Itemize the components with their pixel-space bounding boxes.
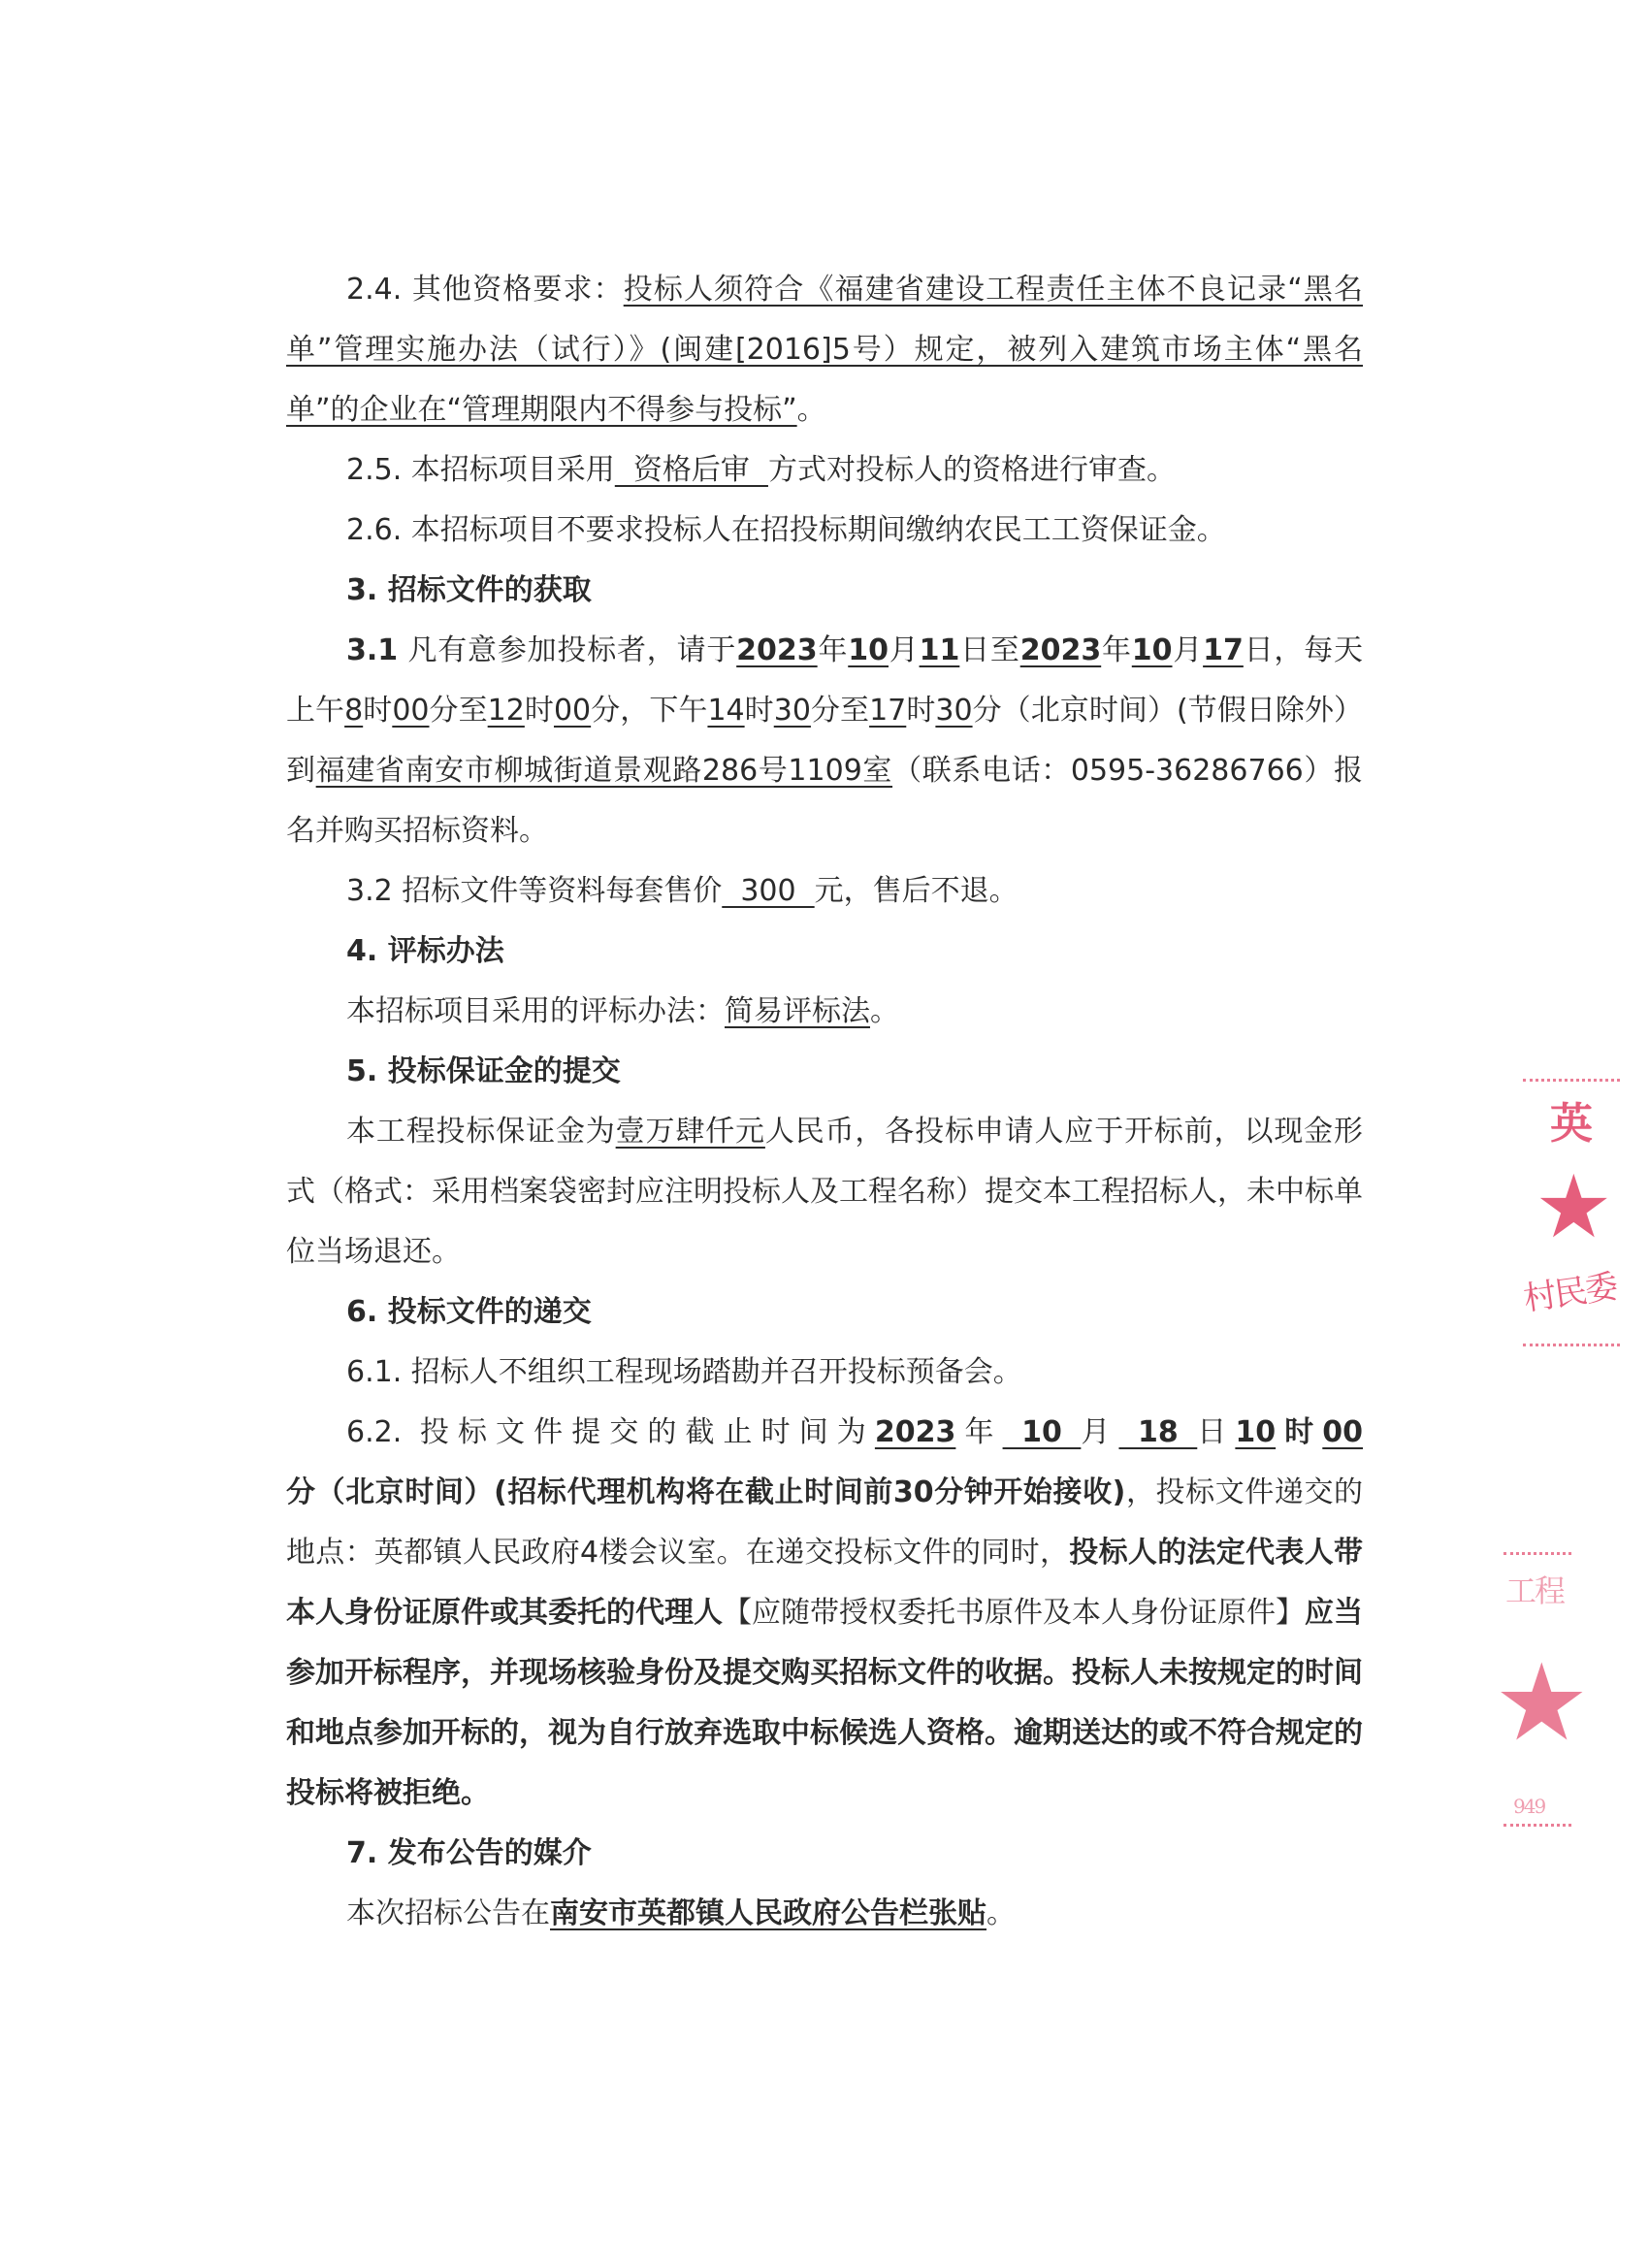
clause-text: 日 (1197, 1415, 1235, 1449)
section-6-1: 6.1. 招标人不组织工程现场踏勘并召开投标预备会。 (286, 1343, 1363, 1403)
end-month: 10 (1132, 633, 1173, 667)
section-2-6: 2.6. 本招标项目不要求投标人在招投标期间缴纳农民工工资保证金。 (286, 501, 1363, 561)
seal-border (1503, 1552, 1571, 1559)
section-6-2: 6.2. 投标文件提交的截止时间为2023年 10 月 18 日10时00分（北… (286, 1403, 1363, 1824)
clause-text: 本工程投标保证金为 (346, 1115, 616, 1149)
clause-text: 本次招标公告在 (346, 1896, 550, 1930)
clause-number: 6.1. (346, 1355, 402, 1389)
official-seal-2: 工程 ★ 949 (1494, 1533, 1600, 1843)
clause-text: 年 (955, 1415, 1002, 1449)
pm-start-hour: 14 (707, 694, 744, 728)
heading-7: 7. 发布公告的媒介 (286, 1824, 1363, 1884)
pm-start-minute: 30 (774, 694, 811, 728)
clause-text: 本招标项目不要求投标人在招投标期间缴纳农民工工资保证金。 (411, 513, 1226, 547)
clause-text: 分（北京时间） (286, 1475, 494, 1509)
clause-text: 时 (745, 694, 774, 728)
heading-4: 4. 评标办法 (286, 922, 1363, 982)
deadline-year: 2023 (875, 1415, 956, 1449)
pm-end-minute: 30 (935, 694, 972, 728)
qualification-review-method: 资格后审 (615, 453, 768, 487)
clause-text: 招标人不组织工程现场踏勘并召开投标预备会。 (411, 1355, 1022, 1389)
star-icon: ★ (1535, 1164, 1613, 1251)
clause-text: 元，售后不退。 (815, 874, 1018, 908)
bid-bond-amount: 壹万肆仟元 (616, 1115, 765, 1149)
clause-text: 月 (1081, 1415, 1118, 1449)
publication-place: 南安市英都镇人民政府公告栏张贴 (550, 1896, 986, 1930)
star-icon: ★ (1494, 1649, 1590, 1756)
clause-text: 月 (1173, 633, 1204, 667)
deadline-minute: 00 (1322, 1415, 1363, 1449)
official-seal-1: 英 ★ 村民委 (1513, 1067, 1630, 1358)
clause-text: 时 (525, 694, 554, 728)
seal-border (1523, 1344, 1620, 1350)
authorization-note: 【应随带授权委托书原件及本人身份证原件】 (723, 1596, 1305, 1630)
clause-number: 3.2 (346, 874, 393, 908)
section-2-5: 2.5. 本招标项目采用 资格后审 方式对投标人的资格进行审查。 (286, 440, 1363, 501)
clause-text: 年 (1101, 633, 1132, 667)
am-start-minute: 00 (392, 694, 429, 728)
document-page: 2.4. 其他资格要求：投标人须符合《福建省建设工程责任主体不良记录“黑名单”管… (286, 260, 1363, 1944)
clause-text: 分，下午 (591, 694, 707, 728)
seal-text: 村民委 (1520, 1260, 1619, 1320)
deadline-hour: 10 (1235, 1415, 1276, 1449)
registration-address: 福建省南安市柳城街道景观路286号1109室 (316, 754, 892, 788)
start-month: 10 (848, 633, 889, 667)
seal-border (1503, 1824, 1571, 1831)
clause-text: 时 (906, 694, 935, 728)
seal-text: 工程 (1505, 1567, 1564, 1611)
am-start-hour: 8 (344, 694, 363, 728)
heading-6: 6. 投标文件的递交 (286, 1282, 1363, 1343)
heading-3: 3. 招标文件的获取 (286, 561, 1363, 621)
clause-text: 本招标项目采用的评标办法： (346, 994, 725, 1028)
clause-lead: 其他资格要求： (412, 273, 624, 307)
am-end-minute: 00 (554, 694, 591, 728)
clause-text: 时 (1276, 1415, 1322, 1449)
end-day: 17 (1203, 633, 1244, 667)
clause-number: 2.5. (346, 453, 402, 487)
punct: 。 (870, 994, 899, 1028)
section-3-2: 3.2 招标文件等资料每套售价 300 元，售后不退。 (286, 861, 1363, 922)
evaluation-method: 简易评标法 (725, 994, 870, 1028)
seal-border (1523, 1079, 1620, 1085)
clause-text: 投标文件提交的截止时间为 (420, 1415, 875, 1449)
deadline-month: 10 (1003, 1415, 1082, 1449)
clause-text: 时 (363, 694, 392, 728)
punct: 。 (986, 1896, 1016, 1930)
clause-number: 6.2. (346, 1415, 402, 1449)
clause-number: 2.6. (346, 513, 402, 547)
section-7: 本次招标公告在南安市英都镇人民政府公告栏张贴。 (286, 1884, 1363, 1944)
am-end-hour: 12 (488, 694, 525, 728)
clause-text: 本招标项目采用 (411, 453, 615, 487)
clause-text: 分至 (430, 694, 488, 728)
clause-text: 凡有意参加投标者，请于 (407, 633, 736, 667)
clause-text: 年 (818, 633, 849, 667)
clause-number: 2.4. (346, 273, 402, 307)
section-4: 本招标项目采用的评标办法：简易评标法。 (286, 982, 1363, 1042)
document-price: 300 (722, 874, 814, 908)
early-receipt-note: (招标代理机构将在截止时间前30分钟开始接收) (494, 1475, 1125, 1509)
heading-5: 5. 投标保证金的提交 (286, 1042, 1363, 1102)
start-day: 11 (920, 633, 960, 667)
clause-text: 方式对投标人的资格进行审查。 (768, 453, 1176, 487)
clause-number: 3.1 (346, 633, 398, 667)
clause-text: 分至 (811, 694, 869, 728)
clause-text: 招标文件等资料每套售价 (402, 874, 722, 908)
section-2-4: 2.4. 其他资格要求：投标人须符合《福建省建设工程责任主体不良记录“黑名单”管… (286, 260, 1363, 440)
seal-text: 949 (1513, 1795, 1544, 1818)
seal-text: 英 (1550, 1088, 1593, 1150)
section-5: 本工程投标保证金为壹万肆仟元人民币，各投标申请人应于开标前，以现金形式（格式：采… (286, 1102, 1363, 1282)
start-year: 2023 (736, 633, 818, 667)
pm-end-hour: 17 (869, 694, 906, 728)
end-year: 2023 (1020, 633, 1102, 667)
clause-text: 日至 (959, 633, 1019, 667)
section-3-1: 3.1 凡有意参加投标者，请于2023年10月11日至2023年10月17日，每… (286, 621, 1363, 861)
punct: 。 (797, 393, 826, 427)
deadline-day: 18 (1118, 1415, 1197, 1449)
clause-text: 月 (889, 633, 920, 667)
